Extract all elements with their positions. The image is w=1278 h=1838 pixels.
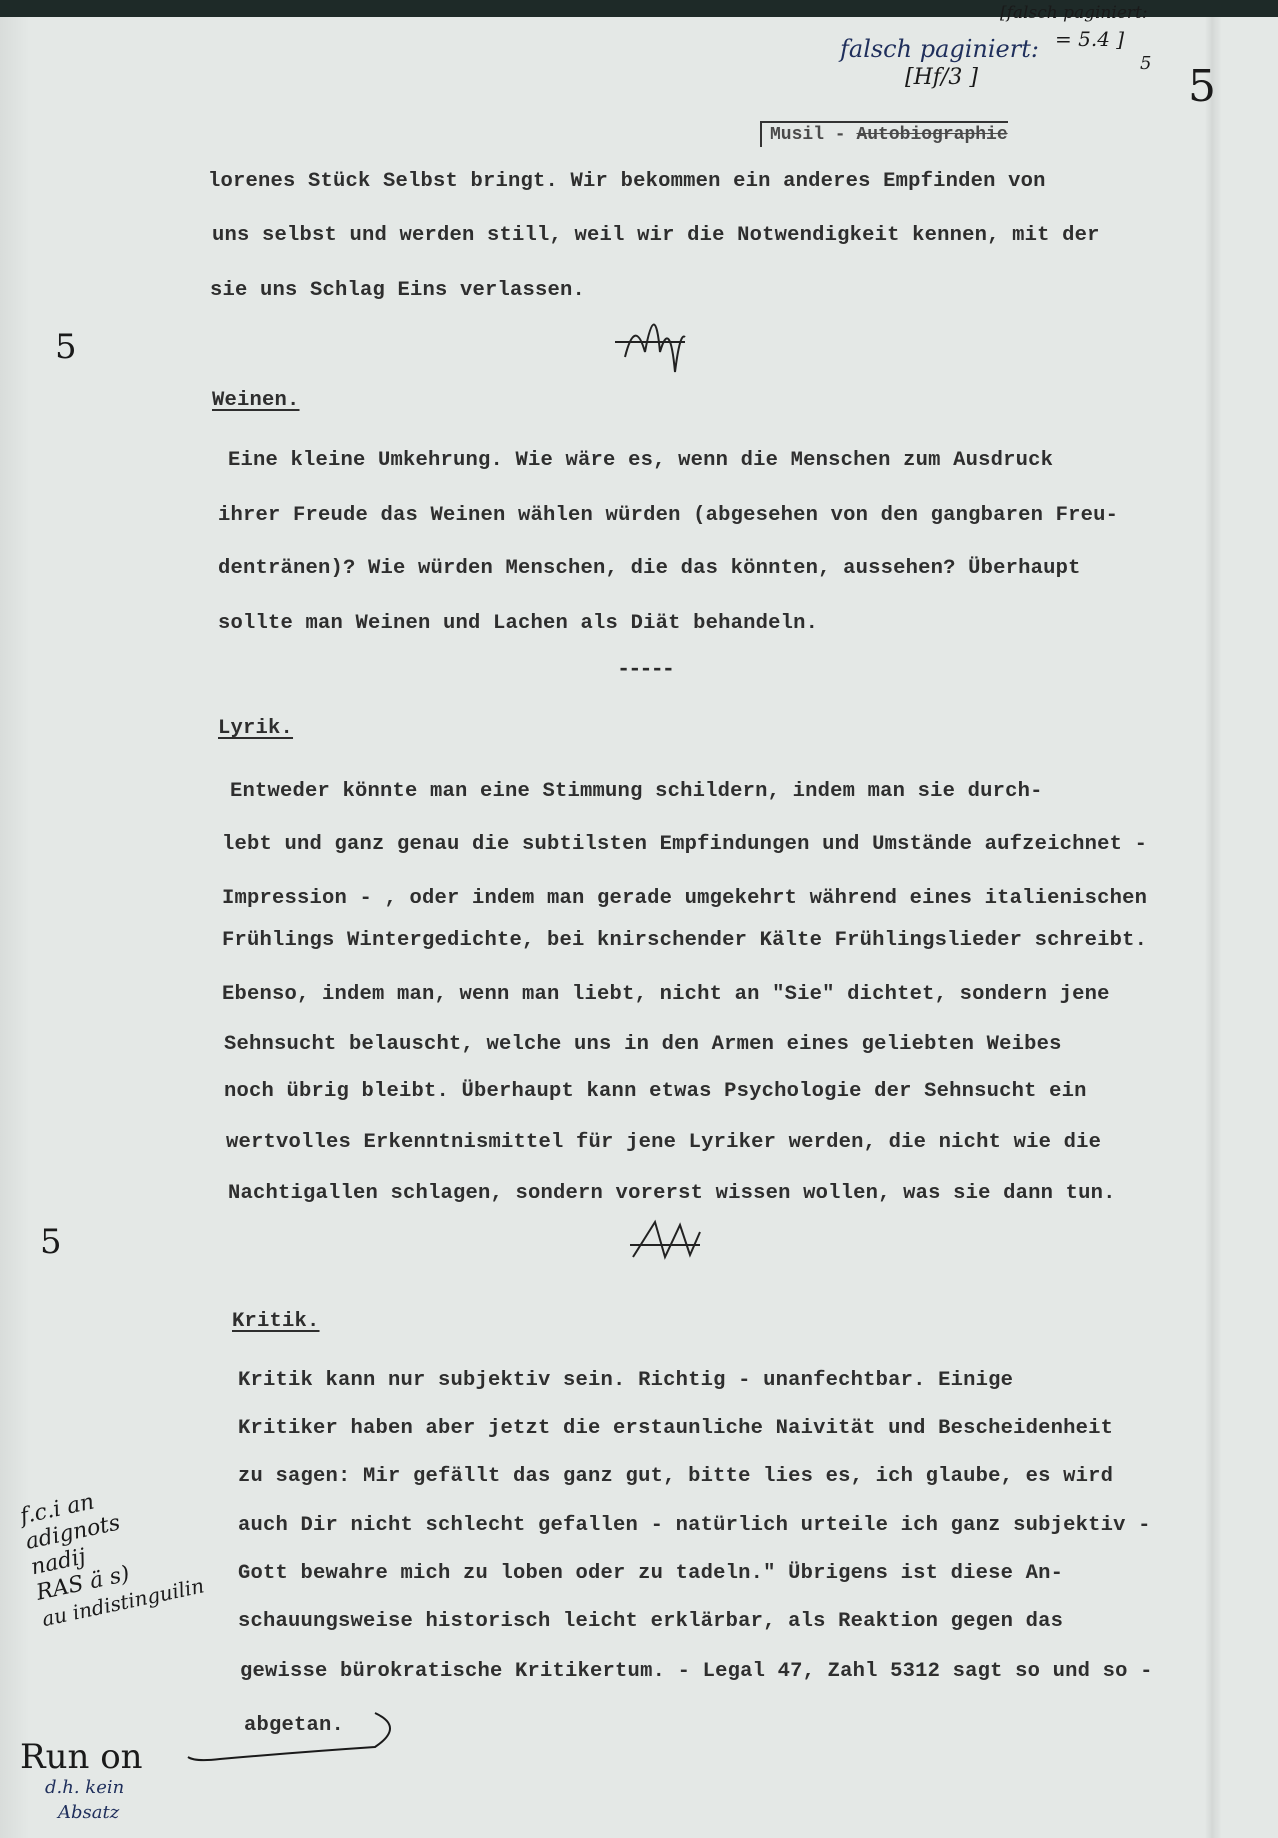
text-line: dentränen)? Wie würden Menschen, die das… <box>218 557 1081 580</box>
text-line: lebt und ganz genau die subtilsten Empfi… <box>222 833 1147 856</box>
run-on-note-sub1: d.h. kein <box>45 1777 124 1798</box>
text-line: Eine kleine Umkehrung. Wie wäre es, wenn… <box>228 449 1053 472</box>
text-line: Gott bewahre mich zu loben oder zu tadel… <box>238 1562 1063 1585</box>
text-line: wertvolles Erkenntnismittel für jene Lyr… <box>226 1131 1101 1154</box>
bracket-note-line1: [falsch paginiert: <box>1000 3 1148 23</box>
section-heading-weinen: Weinen. <box>212 389 300 412</box>
running-header: Musil - Autobiographie <box>760 121 1008 147</box>
text-line: Sehnsucht belauscht, welche uns in den A… <box>224 1033 1062 1056</box>
margin-mark: 5 <box>40 1222 62 1262</box>
text-line: lorenes Stück Selbst bringt. Wir bekomme… <box>208 170 1046 193</box>
small-page-number: 5 <box>1140 53 1151 74</box>
bracket-note-line2: = 5.4 ] <box>1055 27 1124 51</box>
text-line: ihrer Freude das Weinen wählen würden (a… <box>218 504 1118 527</box>
margin-mark: 5 <box>55 327 77 367</box>
hf3-note: [Hf/3 ] <box>905 65 978 90</box>
run-on-note: Run on <box>20 1737 143 1777</box>
text-line: Nachtigallen schlagen, sondern vorerst w… <box>228 1182 1116 1205</box>
text-line: Impression - , oder indem man gerade umg… <box>222 887 1147 910</box>
left-margin-note: f.c.i an adignots nadij RAS ä s) au indi… <box>18 1471 206 1632</box>
text-line: Ebenso, indem man, wenn man liebt, nicht… <box>222 983 1110 1006</box>
separator-scribble <box>610 297 690 387</box>
text-line: Kritiker haben aber jetzt die erstaunlic… <box>238 1417 1113 1440</box>
text-line: gewisse bürokratische Kritikertum. - Leg… <box>240 1660 1153 1683</box>
header-author: Musil - <box>770 125 846 145</box>
text-line: Frühlings Wintergedichte, bei knirschend… <box>222 929 1147 952</box>
text-line: Kritik kann nur subjektiv sein. Richtig … <box>238 1369 1013 1392</box>
text-line: uns selbst und werden still, weil wir di… <box>212 224 1100 247</box>
section-heading-kritik: Kritik. <box>232 1310 320 1333</box>
text-line: noch übrig bleibt. Überhaupt kann etwas … <box>224 1080 1087 1103</box>
run-on-arrow <box>180 1707 410 1777</box>
run-on-note-sub2: Absatz <box>58 1802 119 1823</box>
text-line: zu sagen: Mir gefällt das ganz gut, bitt… <box>238 1465 1113 1488</box>
section-separator: ----- <box>617 657 673 682</box>
text-line: schauungsweise historisch leicht erklärb… <box>238 1610 1063 1633</box>
section-heading-lyrik: Lyrik. <box>218 717 293 740</box>
text-line: auch Dir nicht schlecht gefallen - natür… <box>238 1514 1151 1537</box>
text-line: sollte man Weinen und Lachen als Diät be… <box>218 612 818 635</box>
text-line: sie uns Schlag Eins verlassen. <box>210 279 585 302</box>
document-page: [falsch paginiert: = 5.4 ] falsch pagini… <box>0 17 1278 1838</box>
falsch-paginiert-note: falsch paginiert: <box>840 35 1039 63</box>
page-number: 5 <box>1188 61 1216 112</box>
separator-scribble <box>625 1217 705 1267</box>
text-line: Entweder könnte man eine Stimmung schild… <box>230 780 1043 803</box>
header-title-struck: Autobiographie <box>856 125 1007 145</box>
